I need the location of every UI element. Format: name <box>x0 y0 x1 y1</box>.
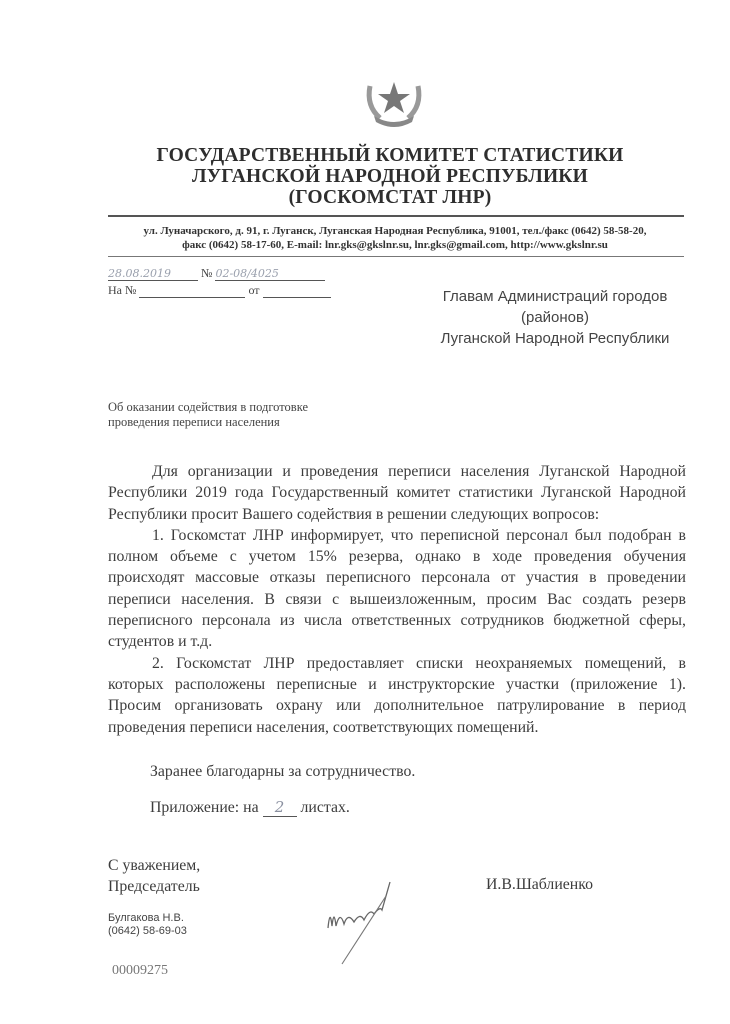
contacts-divider <box>108 256 684 257</box>
addressee-line-1: Главам Администраций городов <box>420 286 690 307</box>
organization-title: ГОСУДАРСТВЕННЫЙ КОМИТЕТ СТАТИСТИКИ ЛУГАН… <box>100 145 680 208</box>
org-title-line-2: ЛУГАНСКОЙ НАРОДНОЙ РЕСПУБЛИКИ <box>100 166 680 187</box>
addressee-line-2: (районов) <box>420 307 690 328</box>
reply-to-date-field <box>263 283 331 298</box>
body-paragraph: Для организации и проведения переписи на… <box>108 461 686 525</box>
attachment-prefix: Приложение: на <box>150 799 259 816</box>
executor-phone: (0642) 58-69-03 <box>108 925 187 938</box>
contacts-line-2: факс (0642) 58-17-60, E-mail: lnr.gks@gk… <box>100 238 690 252</box>
outgoing-date-field: 28.08.2019 <box>108 266 198 281</box>
org-title-line-1: ГОСУДАРСТВЕННЫЙ КОМИТЕТ СТАТИСТИКИ <box>100 145 680 166</box>
subject-line-1: Об оказании содействия в подготовке <box>108 400 308 415</box>
from-label: от <box>248 283 259 297</box>
reply-to-number-field <box>139 283 245 298</box>
subject: Об оказании содействия в подготовке пров… <box>108 400 308 430</box>
addressee-line-3: Луганской Народной Республики <box>420 328 690 349</box>
attachment-count: 2 <box>263 798 297 817</box>
outgoing-date: 28.08.2019 <box>108 267 171 280</box>
contact-details: ул. Луначарского, д. 91, г. Луганск, Луг… <box>100 224 690 252</box>
outgoing-number-field: 02-08/4025 <box>215 266 325 281</box>
signer-name: И.В.Шаблиенко <box>486 876 593 894</box>
subject-line-2: проведения переписи населения <box>108 415 308 430</box>
org-title-line-3: (ГОСКОМСТАТ ЛНР) <box>100 187 680 208</box>
coat-of-arms-icon <box>356 66 432 130</box>
body-paragraph: 2. Госкомстат ЛНР предоставляет списки н… <box>108 653 686 738</box>
body-paragraph: 1. Госкомстат ЛНР информирует, что переп… <box>108 525 686 653</box>
addressee: Главам Администраций городов (районов) Л… <box>420 286 690 349</box>
executor-name: Булгакова Н.В. <box>108 912 187 925</box>
closing-greeting: С уважением, <box>108 855 200 876</box>
number-label: № <box>201 266 212 280</box>
registration-block: 28.08.2019 № 02-08/4025 На № от <box>108 266 331 298</box>
closing-block: С уважением, Председатель <box>108 855 200 897</box>
header-divider <box>108 215 684 217</box>
attachment-line: Приложение: на 2 листах. <box>150 798 350 817</box>
reply-to-label: На № <box>108 283 136 297</box>
thanks-line: Заранее благодарны за сотрудничество. <box>150 763 415 781</box>
attachment-suffix: листах. <box>301 799 350 816</box>
executor-block: Булгакова Н.В. (0642) 58-69-03 <box>108 912 187 938</box>
signature-icon <box>320 868 440 968</box>
letter-body: Для организации и проведения переписи на… <box>108 461 686 738</box>
outgoing-number: 02-08/4025 <box>215 267 278 280</box>
document-number: 00009275 <box>112 963 168 979</box>
contacts-line-1: ул. Луначарского, д. 91, г. Луганск, Луг… <box>100 224 690 238</box>
signer-position: Председатель <box>108 876 200 897</box>
